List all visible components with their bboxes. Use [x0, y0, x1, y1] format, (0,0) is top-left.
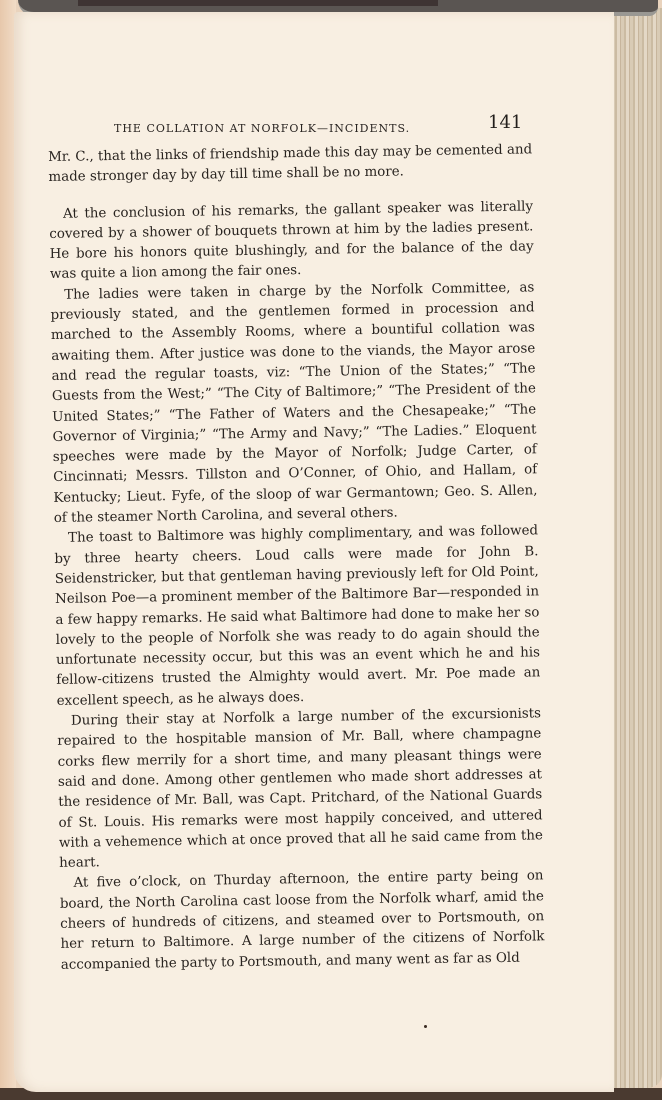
body-text: Mr. C., that the links of friendship mad… — [48, 140, 545, 975]
binding-cover — [78, 0, 438, 6]
paragraph: Mr. C., that the links of friendship mad… — [48, 140, 533, 188]
paragraph: The ladies were taken in charge by the N… — [50, 278, 538, 529]
paper-speck — [424, 1025, 427, 1028]
paragraph: The toast to Baltimore was highly compli… — [54, 522, 541, 712]
book-page: THE COLLATION AT NORFOLK—INCIDENTS. 141 … — [14, 12, 614, 1092]
paragraph: During their stay at Norfolk a large num… — [57, 704, 543, 874]
book-fore-edge — [612, 8, 662, 1088]
page-header: THE COLLATION AT NORFOLK—INCIDENTS. 141 — [14, 112, 614, 142]
paragraph: At the conclusion of his remarks, the ga… — [49, 197, 534, 286]
page-number: 141 — [488, 112, 522, 133]
running-head: THE COLLATION AT NORFOLK—INCIDENTS. — [114, 122, 410, 135]
paragraph: At five o’clock, on Thurday afternoon, t… — [59, 867, 545, 976]
